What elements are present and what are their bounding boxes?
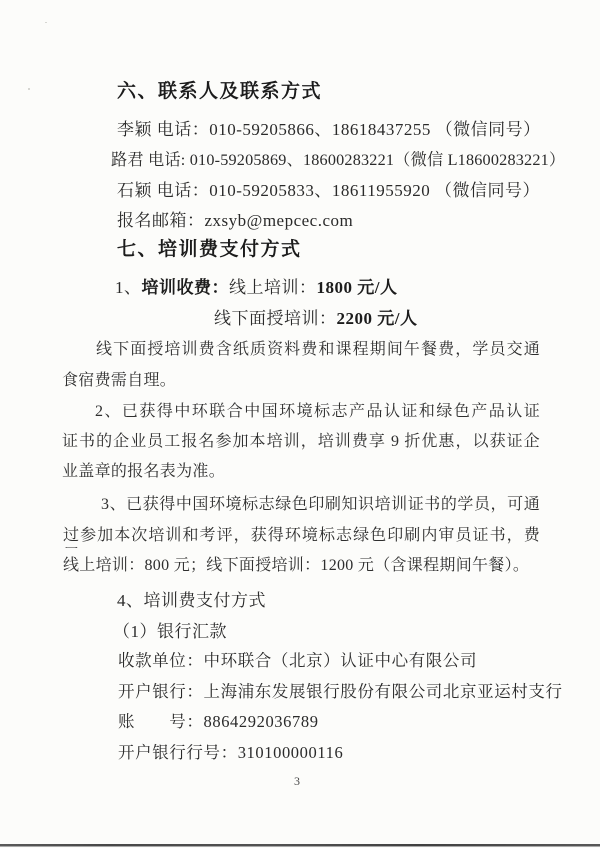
bank-detail-account-number: 账 号：8864292036789	[118, 712, 319, 733]
bank-detail-payee: 收款单位：中环联合（北京）认证中心有限公司	[118, 651, 477, 672]
scan-edge-line	[0, 844, 600, 847]
fee-online-label: 线上培训：	[229, 278, 317, 297]
payment-method-heading: 4、培训费支付方式	[117, 590, 266, 611]
paragraph-discount-line: 2、已获得中环联合中国环境标志产品认证和绿色产品认证	[95, 402, 540, 424]
scanned-document-page: 六、联系人及联系方式 李颖 电话：010-59205866、1861843725…	[0, 0, 600, 848]
fee-item-label: 培训收费：	[142, 278, 230, 297]
paragraph-auditor-line: 过参加本次培训和考评，获得环境标志绿色印刷内审员证书，费用：	[63, 526, 540, 548]
paragraph-fee-note-line: 食宿费需自理。	[62, 371, 176, 391]
scan-speck	[45, 22, 47, 23]
bank-transfer-heading: （1）银行汇款	[113, 621, 227, 642]
paragraph-discount-line: 业盖章的报名表为准。	[62, 462, 225, 482]
bank-detail-bank-code: 开户银行行号：310100000116	[118, 743, 343, 764]
paragraph-auditor-line: 线上培训：800 元；线下面授培训：1200 元（含课程期间午餐）。	[63, 556, 529, 576]
contact-line-lujun: 路君 电话: 010-59205869、18600283221（微信 L1860…	[111, 150, 565, 170]
contact-line-shiying: 石颖 电话：010-59205833、18611955920 （微信同号）	[117, 180, 540, 201]
fee-offline-value: 2200 元/人	[337, 309, 418, 328]
contact-line-liying: 李颖 电话：010-59205866、18618437255 （微信同号）	[117, 119, 541, 140]
paragraph-fee-note-line: 线下面授培训费含纸质资料费和课程期间午餐费，学员交通	[96, 340, 540, 362]
section-payment-heading: 七、培训费支付方式	[117, 238, 302, 262]
paragraph-auditor-line: 3、已获得中国环境标志绿色印刷知识培训证书的学员，可通	[101, 495, 540, 517]
contact-line-email: 报名邮箱：zxsyb@mepcec.com	[117, 210, 353, 231]
fee-line-online: 1、培训收费：线上培训：1800 元/人	[115, 277, 397, 298]
scan-speck	[28, 88, 30, 90]
fee-line-offline: 线下面授培训：2200 元/人	[214, 308, 417, 329]
page-number: 3	[294, 774, 300, 789]
fee-item-number: 1、	[115, 278, 142, 297]
section-contact-heading: 六、联系人及联系方式	[117, 80, 322, 104]
bank-detail-bank-name: 开户银行：上海浦东发展银行股份有限公司北京亚运村支行	[118, 682, 563, 703]
paragraph-discount-line: 证书的企业员工报名参加本培训，培训费享 9 折优惠，以获证企	[62, 432, 540, 454]
fee-online-value: 1800 元/人	[317, 278, 398, 297]
fee-offline-label: 线下面授培训：	[214, 309, 337, 328]
